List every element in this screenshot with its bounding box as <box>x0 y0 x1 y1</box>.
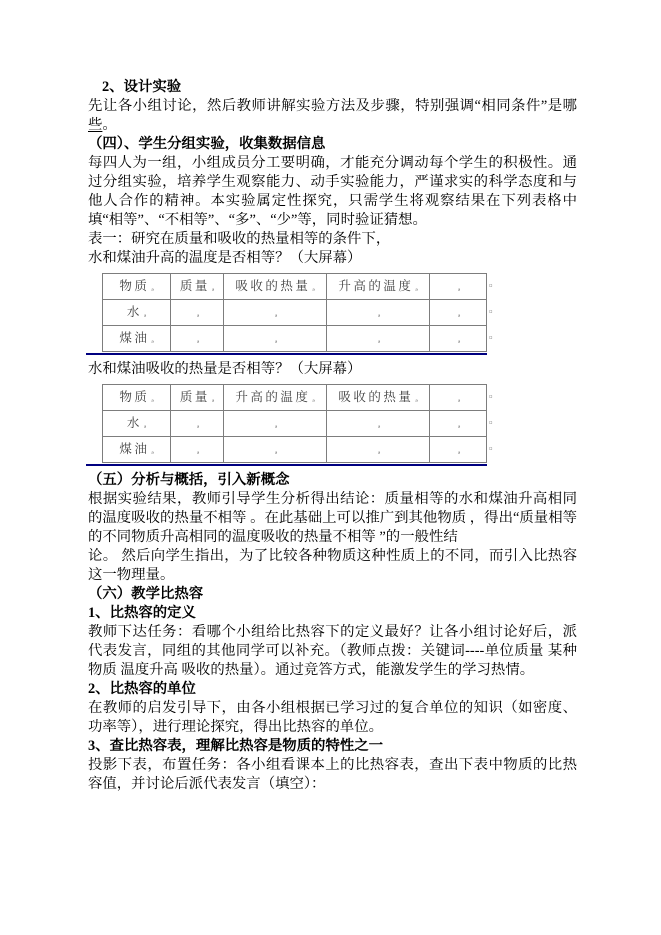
table-row: 煤油ₔₔₔₔₔ¤ <box>103 326 502 352</box>
table-cell: ₔ <box>430 300 487 326</box>
table-cell: 物质ₔ <box>103 274 171 300</box>
heading: 3、查比热容表，理解比热容是物质的特性之一 <box>88 737 577 756</box>
document-content: 2、设计实验先让各小组讨论，然后教师讲解实验方法及步骤，特别强调“相同条件”是哪… <box>88 78 577 794</box>
table-cell: ₔ <box>327 300 430 326</box>
text-run: （五）分析与概括，引入新概念 <box>88 472 289 488</box>
table-cell: 煤油ₔ <box>103 326 171 352</box>
table-cell: ₔ <box>171 326 224 352</box>
text-run: （六）教学比热容 <box>88 586 203 602</box>
cell-end-mark-icon: ₔ <box>197 334 199 344</box>
table-cell: ₔ <box>224 411 327 437</box>
table-cell: ₔ <box>430 437 487 463</box>
table-cell: 质量ₔ <box>171 274 224 300</box>
table-cell: 升高的温度ₔ <box>327 274 430 300</box>
text-run: 在教师的启发引导下，由各小组根据已学习过的复合单位的知识（如密度、功率等），进行… <box>88 700 577 735</box>
table-header-row: 物质ₔ质量ₔ升高的温度ₔ吸收的热量ₔₔ¤ <box>103 385 502 411</box>
cell-end-mark-icon: ₔ <box>415 282 417 292</box>
text-run: （四）、学生分组实验，收集数据信息 <box>88 136 325 152</box>
table-cell: ₔ <box>224 326 327 352</box>
cell-end-mark-icon: ₔ <box>197 419 199 429</box>
text-run: 论。 然后向学生指出，为了比较各种物质这种性质上的不同，而引入比热容这一物理量。 <box>88 548 577 583</box>
blue-divider-line <box>86 464 487 466</box>
text-run: 根据实验结果，教师引导学生分析得出结论：质量相等的水和煤油升高相同的温度吸收的热… <box>88 491 577 545</box>
table-cell: ₔ <box>430 411 487 437</box>
cell-end-mark-icon: ₔ <box>151 282 153 292</box>
cell-end-mark-icon: ₔ <box>378 419 380 429</box>
cell-end-mark-icon: ₔ <box>212 282 214 292</box>
cell-text: 水 <box>127 416 142 430</box>
paragraph: 表一：研究在质量和吸收的热量相等的条件下， <box>88 230 577 249</box>
cell-text: 物质 <box>119 279 149 293</box>
cell-end-mark-icon: ₔ <box>458 282 460 292</box>
cell-end-mark-icon: ₔ <box>144 308 146 318</box>
table-cell: ₔ <box>171 411 224 437</box>
heading: （五）分析与概括，引入新概念 <box>88 471 577 490</box>
row-end-mark-icon: ¤ <box>487 385 502 411</box>
heading: （六）教学比热容 <box>88 585 577 604</box>
row-end-mark-icon: ¤ <box>487 411 502 437</box>
cell-end-mark-icon: ₔ <box>151 334 153 344</box>
cell-end-mark-icon: ₔ <box>197 308 199 318</box>
text-run: 每四人为一组，小组成员分工要明确，才能充分调动每个学生的积极性。通过分组实验，培… <box>88 155 577 228</box>
cell-end-mark-icon: ₔ <box>275 308 277 318</box>
text-run: 。 <box>102 117 116 133</box>
text-run: 水和煤油升高的温度是否相等？（大屏幕） <box>88 250 361 266</box>
cell-text: 水 <box>127 305 142 319</box>
cell-text: 物质 <box>119 390 149 404</box>
table-row: 水ₔₔₔₔₔ¤ <box>103 411 502 437</box>
cell-end-mark-icon: ₔ <box>144 419 146 429</box>
text-run: 2、设计实验 <box>102 79 181 95</box>
text-run: 教师下达任务：看哪个小组给比热容下的定义最好？让各小组讨论好后，派代表发言，同组… <box>88 624 577 678</box>
text-run: 3、查比热容表，理解比热容是物质的特性之一 <box>88 738 383 754</box>
table-cell: ₔ <box>327 411 430 437</box>
cell-end-mark-icon: ₔ <box>212 393 214 403</box>
row-end-mark-icon: ¤ <box>487 300 502 326</box>
document-page: 2、设计实验先让各小组讨论，然后教师讲解实验方法及步骤，特别强调“相同条件”是哪… <box>0 0 661 935</box>
table-cell: ₔ <box>430 274 487 300</box>
paragraph: 每四人为一组，小组成员分工要明确，才能充分调动每个学生的积极性。通过分组实验，培… <box>88 154 577 230</box>
table-row: 煤油ₔₔₔₔₔ¤ <box>103 437 502 463</box>
cell-end-mark-icon: ₔ <box>275 334 277 344</box>
cell-end-mark-icon: ₔ <box>458 419 460 429</box>
table-header-row: 物质ₔ质量ₔ吸收的热量ₔ升高的温度ₔₔ¤ <box>103 274 502 300</box>
text-run: 投影下表，布置任务：各小组看课本上的比热容表，查出下表中物质的比热容值，并讨论后… <box>88 757 577 792</box>
heading: 2、设计实验 <box>88 78 577 97</box>
text-run: 表一：研究在质量和吸收的热量相等的条件下， <box>88 231 390 247</box>
cell-text: 吸收的热量 <box>338 390 413 404</box>
paragraph: 投影下表，布置任务：各小组看课本上的比热容表，查出下表中物质的比热容值，并讨论后… <box>88 756 577 794</box>
table-cell: 水ₔ <box>103 411 171 437</box>
table-cell: 煤油ₔ <box>103 437 171 463</box>
cell-end-mark-icon: ₔ <box>275 419 277 429</box>
cell-end-mark-icon: ₔ <box>312 393 314 403</box>
cell-end-mark-icon: ₔ <box>415 393 417 403</box>
table-cell: ₔ <box>430 385 487 411</box>
cell-end-mark-icon: ₔ <box>378 445 380 455</box>
cell-end-mark-icon: ₔ <box>458 334 460 344</box>
cell-end-mark-icon: ₔ <box>197 445 199 455</box>
cell-text: 煤油 <box>119 331 149 345</box>
text-run: 水和煤油吸收的热量是否相等？（大屏幕） <box>88 361 361 377</box>
table-cell: 吸收的热量ₔ <box>327 385 430 411</box>
cell-end-mark-icon: ₔ <box>458 393 460 403</box>
table-cell: ₔ <box>327 437 430 463</box>
cell-text: 吸收的热量 <box>235 279 310 293</box>
cell-text: 质量 <box>180 390 210 404</box>
cell-end-mark-icon: ₔ <box>458 308 460 318</box>
text-run: 2、比热容的单位 <box>88 681 196 697</box>
cell-end-mark-icon: ₔ <box>378 334 380 344</box>
table-cell: ₔ <box>430 326 487 352</box>
paragraph: 教师下达任务：看哪个小组给比热容下的定义最好？让各小组讨论好后，派代表发言，同组… <box>88 623 577 680</box>
cell-end-mark-icon: ₔ <box>275 445 277 455</box>
cell-text: 煤油 <box>119 442 149 456</box>
table2: 物质ₔ质量ₔ升高的温度ₔ吸收的热量ₔₔ¤水ₔₔₔₔₔ¤煤油ₔₔₔₔₔ¤ <box>102 384 502 463</box>
cell-end-mark-icon: ₔ <box>151 445 153 455</box>
table-cell: 吸收的热量ₔ <box>224 274 327 300</box>
heading: 1、比热容的定义 <box>88 604 577 623</box>
table-cell: 升高的温度ₔ <box>224 385 327 411</box>
paragraph: 水和煤油吸收的热量是否相等？（大屏幕） <box>88 360 577 379</box>
cell-text: 质量 <box>180 279 210 293</box>
table-cell: ₔ <box>171 300 224 326</box>
paragraph: 在教师的启发引导下，由各小组根据已学习过的复合单位的知识（如密度、功率等），进行… <box>88 699 577 737</box>
text-run: 先让各小组讨论，然后教师讲解实验方法及步骤，特别强调“相同条件”是哪 <box>88 98 577 114</box>
table1: 物质ₔ质量ₔ吸收的热量ₔ升高的温度ₔₔ¤水ₔₔₔₔₔ¤煤油ₔₔₔₔₔ¤ <box>102 273 502 352</box>
blue-divider-line <box>86 353 487 355</box>
cell-text: 升高的温度 <box>235 390 310 404</box>
row-end-mark-icon: ¤ <box>487 274 502 300</box>
heading: 2、比热容的单位 <box>88 680 577 699</box>
table-cell: 水ₔ <box>103 300 171 326</box>
text-run: 1、比热容的定义 <box>88 605 196 621</box>
cell-text: 升高的温度 <box>338 279 413 293</box>
table-row: 水ₔₔₔₔₔ¤ <box>103 300 502 326</box>
paragraph: 根据实验结果，教师引导学生分析得出结论：质量相等的水和煤油升高相同的温度吸收的热… <box>88 490 577 585</box>
row-end-mark-icon: ¤ <box>487 437 502 463</box>
paragraph: 先让各小组讨论，然后教师讲解实验方法及步骤，特别强调“相同条件”是哪些。 <box>88 97 577 135</box>
table-cell: ₔ <box>224 437 327 463</box>
table-cell: ₔ <box>327 326 430 352</box>
cell-end-mark-icon: ₔ <box>151 393 153 403</box>
paragraph: 水和煤油升高的温度是否相等？（大屏幕） <box>88 249 577 268</box>
cell-end-mark-icon: ₔ <box>458 445 460 455</box>
heading: （四）、学生分组实验，收集数据信息 <box>88 135 577 154</box>
table-cell: 物质ₔ <box>103 385 171 411</box>
table-cell: ₔ <box>171 437 224 463</box>
cell-end-mark-icon: ₔ <box>312 282 314 292</box>
underlined-text-run: 些 <box>88 117 102 133</box>
table-cell: ₔ <box>224 300 327 326</box>
row-end-mark-icon: ¤ <box>487 326 502 352</box>
cell-end-mark-icon: ₔ <box>378 308 380 318</box>
table-cell: 质量ₔ <box>171 385 224 411</box>
